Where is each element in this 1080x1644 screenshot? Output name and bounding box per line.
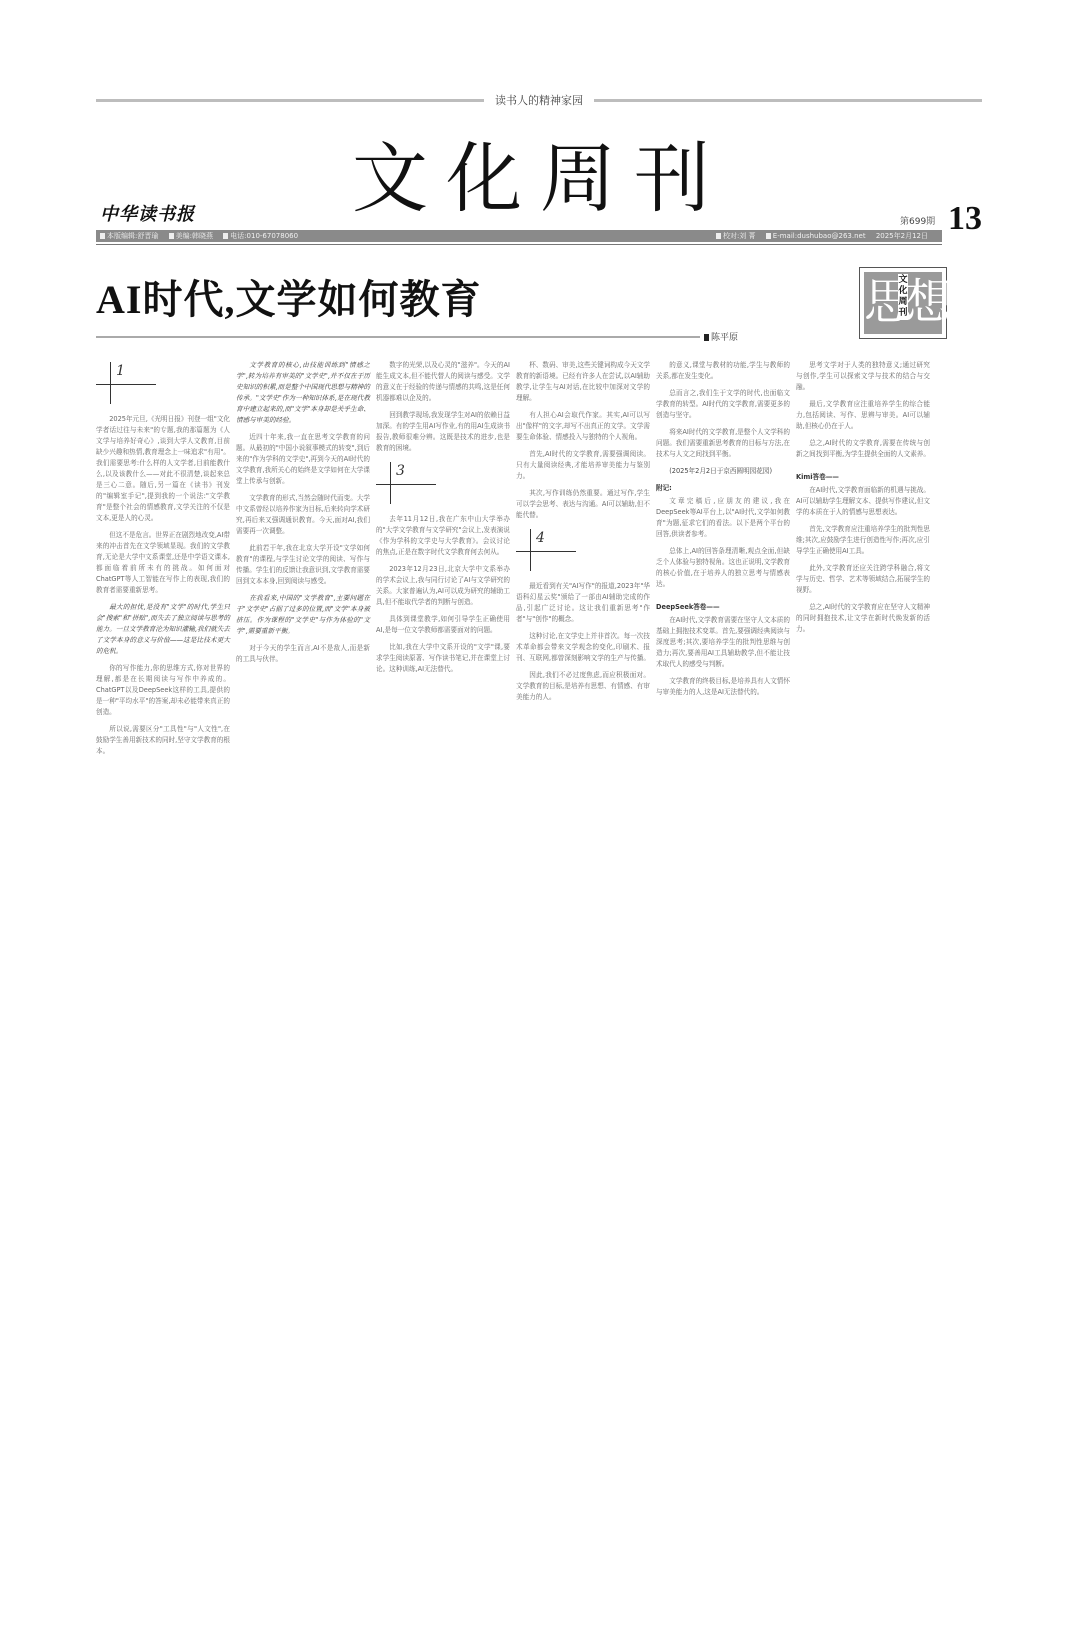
badge-vertical-label: 文化周刊 [898,274,908,320]
body-paragraph: 最近看到有关"AI写作"的报道,2023年"华语科幻星云奖"颁给了一部由AI辅助… [516,581,650,625]
body-paragraph: 近四十年来,我一直在思考文学教育的问题。从最初的"中国小说叙事模式的转变",到后… [236,432,370,487]
body-paragraph: 总之,AI时代的文学教育,需要在传统与创新之间找到平衡,为学生提供全面的人文素养… [796,438,930,460]
section-subhead: Kimi答卷—— [796,472,930,483]
byline-rule [96,336,700,338]
section-marker-vline [110,362,111,404]
body-paragraph: 具体到课堂教学,如何引导学生正确使用AI,是每一位文学教师都需要面对的问题。 [376,614,510,636]
section-marker: 1 [96,362,156,408]
article-column-4: 杯、数码、审美,这些关键词构成今天文学教育的新语境。已经有许多人在尝试,以AI辅… [516,360,650,709]
paragraph-gap [656,590,790,596]
body-paragraph: 对于今天的学生而言,AI不是敌人,而是新的工具与伙伴。 [236,643,370,665]
slogan-rule-right [594,99,982,102]
section-marker: 4 [516,529,576,575]
article-headline: AI时代,文学如何教育 [96,268,481,325]
column-badge: 思 想 文化周刊 [859,267,947,339]
byline-square-icon [704,334,709,341]
section-marker: 3 [376,462,436,508]
body-paragraph: 此外,文学教育还应关注跨学科融合,将文学与历史、哲学、艺术等领域结合,拓展学生的… [796,563,930,596]
masthead-slogan-bar: 读书人的精神家园 [96,92,982,108]
body-paragraph: 2023年12月23日,北京大学中文系举办的学术会议上,我与同行讨论了AI与文学… [376,564,510,608]
editor-info-bar: 本版编辑:舒晋瑜 美编:韩晓燕 电话:010-67078060 校对:刘 菁 E… [96,230,942,242]
newspaper-logo: 中华读书报 [100,200,195,226]
body-paragraph: 数字的光荣,以及心灵的"滋养"。今天的AI能生成文本,但不能代替人的阅读与感受。… [376,360,510,404]
proofreader-info-item: 校对:刘 菁 [716,232,756,240]
body-paragraph: 在AI时代,文学教育面临新的机遇与挑战。AI可以辅助学生理解文本、提供写作建议,… [796,485,930,518]
body-paragraph: 此前若干年,我在北京大学开设"文学如何教育"的课程,与学生讨论文学的阅读、写作与… [236,543,370,587]
publication-title: 文化周刊 [320,118,760,227]
body-paragraph: 总而言之,我们生于文学的时代,也面临文学教育的转型。AI时代的文学教育,需要更多… [656,388,790,421]
section-marker-hline [516,551,576,552]
paragraph-gap [656,698,790,704]
body-paragraph: 比如,我在大学中文系开设的"文学"课,要求学生阅读原著、写作读书笔记,并在课堂上… [376,642,510,675]
article-column-3: 数字的光荣,以及心灵的"滋养"。今天的AI能生成文本,但不能代替人的阅读与感受。… [376,360,510,681]
editor-info-item: 本版编辑:舒晋瑜 [100,232,158,240]
section-number: 1 [116,366,125,377]
body-paragraph: 有人担心AI会取代作家。其实,AI可以写出"像样"的文字,却写不出真正的文学。文… [516,410,650,443]
section-marker-hline [96,384,156,385]
body-paragraph: 文章完稿后,应朋友的建议,我在DeepSeek等AI平台上,以"AI时代,文学如… [656,496,790,540]
body-paragraph: 将来AI时代的文学教育,是整个人文学科的问题。我们需要重新思考教育的目标与方法,… [656,427,790,460]
body-paragraph: 2025年元旦,《光明日报》刊登一组"文化学者话过往与未来"的专题,我的那篇题为… [96,414,230,524]
page-number: 13 [948,200,982,238]
body-paragraph: 首先,AI时代的文学教育,需要强调阅读。只有大量阅读经典,才能培养审美能力与鉴别… [516,449,650,482]
editor-info-right: 校对:刘 菁 E-mail:dushubao@263.net 2025年2月12… [716,230,936,242]
body-paragraph: 总之,AI时代的文学教育应在坚守人文精神的同时拥抱技术,让文学在新时代焕发新的活… [796,602,930,635]
article-body: 12025年元旦,《光明日报》刊登一组"文化学者话过往与未来"的专题,我的那篇题… [96,360,982,1550]
section-number: 4 [536,533,545,544]
emphasis-paragraph: 在我看来,中国的"文学教育",主要问题在于"文学史"占据了过多的位置,而"文学"… [236,593,370,637]
section-subhead: 附记: [656,483,790,494]
body-paragraph: 因此,我们不必过度焦虑,而应积极面对。文学教育的目标,是培养有思想、有情感、有审… [516,670,650,703]
paragraph-gap [796,635,930,641]
body-paragraph: 首先,文学教育应注重培养学生的批判性思维;其次,应鼓励学生进行创造性写作;再次,… [796,524,930,557]
body-paragraph: 最后,文学教育应注重培养学生的综合能力,包括阅读、写作、思辨与审美。AI可以辅助… [796,399,930,432]
phone-info-item: 电话:010-67078060 [223,232,298,240]
designer-info-item: 美编:韩晓燕 [169,232,213,240]
paragraph-gap [376,675,510,681]
section-marker-vline [530,529,531,571]
body-paragraph: 你的写作能力,你的思维方式,你对世界的理解,都是在长期阅读与写作中养成的。Cha… [96,663,230,718]
section-marker-vline [390,462,391,504]
issue-number: 第699期 [900,214,935,227]
article-column-6: 思考文学对于人类的独特意义;通过研究与创作,学生可以探索文学与技术的结合与交融。… [796,360,930,641]
paragraph-gap [516,521,650,527]
paragraph-gap [516,703,650,709]
body-paragraph: 回到教学现场,我发现学生对AI的依赖日益加深。有的学生用AI写作业,有的用AI生… [376,410,510,454]
article-date-note: (2025年2月2日于京西圆明园花园) [656,466,790,477]
body-paragraph: 思考文学对于人类的独特意义;通过研究与创作,学生可以探索文学与技术的结合与交融。 [796,360,930,393]
body-paragraph: 总体上,AI的回答条理清晰,观点全面,但缺乏个人体验与独特视角。这也正说明,文学… [656,546,790,590]
body-paragraph: 去年11月12日,我在广东中山大学举办的"大学文学教育与文学研究"会议上,发表演… [376,514,510,558]
emphasis-paragraph: 文学教育的核心,由技能训练到"情感之学",转为培养有审美的"文学史",并不仅在于… [236,360,370,426]
date-info-item: 2025年2月12日 [876,232,928,240]
editor-info-left: 本版编辑:舒晋瑜 美编:韩晓燕 电话:010-67078060 [100,230,306,242]
body-paragraph: 文学教育的终极目标,是培养具有人文情怀与审美能力的人,这是AI无法替代的。 [656,676,790,698]
paragraph-gap [96,757,230,763]
body-paragraph: 所以说,需要区分"工具性"与"人文性",在鼓励学生善用新技术的同时,坚守文学教育… [96,724,230,757]
body-paragraph: 但这不是危言。世界正在剧烈地改变,AI带来的冲击首先在文学领域显现。我们的文学教… [96,530,230,596]
masthead-divider [96,244,942,245]
body-paragraph: 的意义,课堂与教材的功能,学生与教师的关系,都在发生变化。 [656,360,790,382]
article-byline: 陈平原 [704,330,738,343]
body-paragraph: 其次,写作训练仍然重要。通过写作,学生可以学会思考、表达与沟通。AI可以辅助,但… [516,488,650,521]
paragraph-gap [796,460,930,466]
section-marker-hline [376,484,436,485]
body-paragraph: 文学教育的形式,当然会随时代而变。大学中文系曾经以培养作家为目标,后来转向学术研… [236,493,370,537]
paragraph-gap [236,665,370,671]
paragraph-gap [376,454,510,460]
email-info-item: E-mail:dushubao@263.net [766,232,866,240]
body-paragraph: 杯、数码、审美,这些关键词构成今天文学教育的新语境。已经有许多人在尝试,以AI辅… [516,360,650,404]
article-column-2: 文学教育的核心,由技能训练到"情感之学",转为培养有审美的"文学史",并不仅在于… [236,360,370,671]
section-subhead: DeepSeek答卷—— [656,602,790,613]
body-paragraph: 这种讨论,在文学史上并非首次。每一次技术革命都会带来文学观念的变化,印刷术、报刊… [516,631,650,664]
section-number: 3 [396,466,405,477]
article-column-1: 12025年元旦,《光明日报》刊登一组"文化学者话过往与未来"的专题,我的那篇题… [96,360,230,763]
body-paragraph: 在AI时代,文学教育需要在坚守人文本质的基础上拥抱技术变革。首先,要强调经典阅读… [656,615,790,670]
badge-char-right: 想 [904,274,952,330]
article-column-5: 的意义,课堂与教材的功能,学生与教师的关系,都在发生变化。总而言之,我们生于文学… [656,360,790,704]
emphasis-paragraph: 最大的担忧,是没有"文学"的时代,学生只会"搜索"和"拼贴",而失去了独立阅读与… [96,602,230,657]
